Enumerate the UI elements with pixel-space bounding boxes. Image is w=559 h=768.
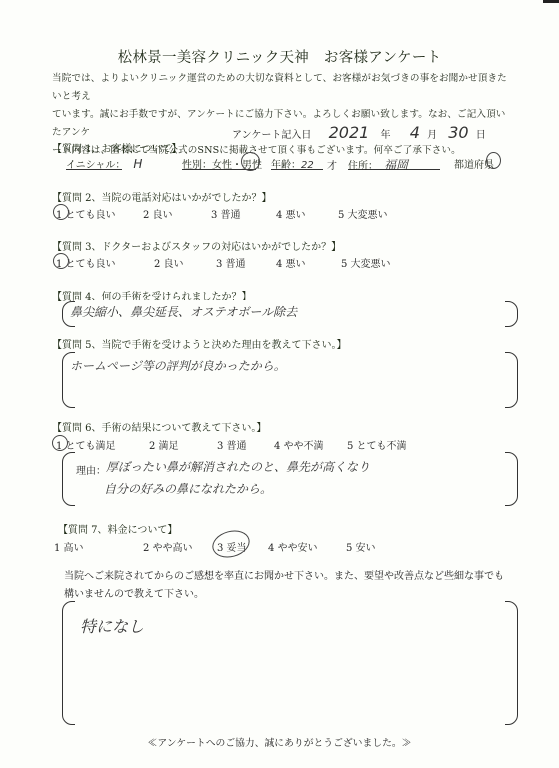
q5-answer: ホームページ等の評判が良かったから。 (70, 357, 286, 374)
scan-edge-mark (543, 0, 559, 3)
q4-answer: 鼻尖縮小、鼻尖延長、オステオボール除去 (70, 303, 297, 320)
q2-option-4[interactable]: 4 悪い (276, 206, 306, 221)
date-day-unit: 日 (476, 130, 486, 141)
q7-selected-circle (209, 527, 252, 562)
q2-selected-circle (53, 204, 69, 220)
q5-heading: 【質問 5、当院で手術を受けようと決めた理由を教えて下さい。】 (52, 336, 347, 351)
q2-heading: 【質問 2、当院の電話対応はいかがでしたか？】 (52, 189, 272, 204)
age-field[interactable]: 年齢：22 (271, 156, 323, 170)
age-value: 22 (301, 160, 314, 171)
date-label: アンケート記入日 (232, 130, 311, 141)
q6-heading: 【質問 6、手術の結果について教えて下さい。】 (52, 419, 266, 434)
initial-value: H (133, 157, 142, 171)
thank-you-footer: ≪アンケートへのご協力、誠にありがとうございました。≫ (0, 735, 559, 749)
q7-heading: 【質問 7、料金について】 (58, 521, 177, 536)
q7-options: 1 高い 2 やや高い 3 妥当 4 やや安い 5 安い (56, 539, 516, 553)
q3-option-2[interactable]: 2 良い (154, 255, 184, 270)
survey-date: アンケート記入日 2021 年 4 月 30 日 (232, 123, 486, 142)
date-year-value[interactable]: 2021 (329, 123, 370, 142)
q6-option-5[interactable]: 5 とても不満 (347, 437, 407, 452)
q6-reason-label: 理由： (76, 462, 106, 477)
address-value: 福岡 (384, 158, 408, 172)
q6-reason-line-2: 自分の好みの鼻になれたから。 (104, 480, 272, 497)
q1-heading: 【質問 1、お客様について】 (52, 140, 181, 155)
q8-prompt-line: 当院へご来院されてからのご感想を率直にお聞かせ下さい。また、要望や改善点など些細… (64, 568, 504, 586)
initial-field[interactable]: イニシャル：H (66, 156, 122, 170)
age-label: 年齢： (271, 160, 301, 171)
q2-option-3[interactable]: 3 普通 (211, 206, 241, 221)
q7-option-1[interactable]: 1 高い (54, 539, 84, 554)
q7-option-4[interactable]: 4 やや安い (268, 539, 318, 554)
q6-option-4[interactable]: 4 やや不満 (274, 437, 324, 452)
date-month-unit: 月 (427, 130, 437, 141)
age-unit: 才 (327, 157, 337, 172)
q7-option-5[interactable]: 5 安い (346, 539, 376, 554)
q2-options: 1 とても良い 2 良い 3 普通 4 悪い 5 大変悪い (56, 206, 516, 220)
address-label: 住所： (348, 161, 378, 172)
q3-option-3[interactable]: 3 普通 (216, 255, 246, 270)
date-day-value[interactable]: 30 (448, 123, 468, 142)
q3-selected-circle (53, 253, 69, 269)
q3-heading: 【質問 3、ドクターおよびスタッフの対応はいかがでしたか？】 (52, 238, 341, 253)
q6-options: 1 とても満足 2 満足 3 普通 4 やや不満 5 とても不満 (56, 437, 516, 451)
q6-selected-circle (52, 435, 68, 451)
intro-line: 当院では、よりよいクリニック運営のための大切な資料として、お客様がお気づきの事を… (52, 70, 514, 106)
q3-option-4[interactable]: 4 悪い (276, 255, 306, 270)
prefecture-selected-circle (486, 152, 501, 169)
q7-option-2[interactable]: 2 やや高い (143, 539, 193, 554)
gender-selected-circle (241, 152, 260, 171)
q3-options: 1 とても良い 2 良い 3 普通 4 悪い 5 大変悪い (56, 255, 516, 269)
q6-option-2[interactable]: 2 満足 (149, 437, 179, 452)
date-month-value[interactable]: 4 (410, 123, 420, 142)
q8-answer: 特になし (80, 614, 144, 637)
survey-title: 松林景一美容クリニック天神 お客様アンケート (0, 46, 559, 67)
q2-option-5[interactable]: 5 大変悪い (338, 206, 388, 221)
address-field[interactable]: 住所：福岡 (348, 156, 440, 170)
initial-label: イニシャル： (66, 160, 125, 171)
q8-prompt: 当院へご来院されてからのご感想を率直にお聞かせ下さい。また、要望や改善点など些細… (64, 568, 504, 604)
date-year-unit: 年 (381, 130, 391, 141)
q2-option-2[interactable]: 2 良い (143, 206, 173, 221)
q6-reason-line-1: 厚ぼったい鼻が解消されたのと、鼻先が高くなり (106, 458, 370, 475)
q6-option-3[interactable]: 3 普通 (217, 437, 247, 452)
q3-option-5[interactable]: 5 大変悪い (341, 255, 391, 270)
